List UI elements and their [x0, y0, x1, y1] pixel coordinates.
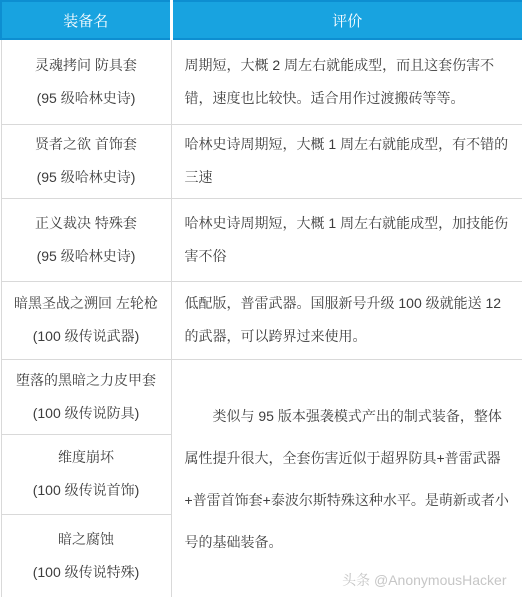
equipment-name-cell: 维度崩坏 (100 级传说首饰) — [1, 434, 171, 514]
table-row: 贤者之欲 首饰套 (95 级哈林史诗) 哈林史诗周期短，大概 1 周左右就能成型… — [1, 124, 522, 198]
table-row: 暗黑圣战之溯回 左轮枪 (100 级传说武器) 低配版，普雷武器。国服新号升级 … — [1, 281, 522, 359]
equipment-name: 灵魂拷问 防具套 — [2, 49, 171, 82]
review-text: 哈林史诗周期短，大概 1 周左右就能成型，有不错的三速 — [185, 128, 513, 194]
equipment-name-cell: 暗之腐蚀 (100 级传说特殊) — [1, 514, 171, 597]
merged-review-cell: 类似与 95 版本强袭模式产出的制式装备，整体属性提升很大，全套伤害近似于超界防… — [171, 359, 522, 597]
equipment-name-cell: 正义裁决 特殊套 (95 级哈林史诗) — [1, 198, 171, 281]
equipment-name: 正义裁决 特殊套 — [2, 207, 171, 240]
header-row: 装备名 评价 — [1, 1, 522, 39]
review-cell: 哈林史诗周期短，大概 1 周左右就能成型，有不错的三速 — [171, 124, 522, 198]
equipment-name: 维度崩坏 — [2, 441, 171, 474]
equipment-name-cell: 暗黑圣战之溯回 左轮枪 (100 级传说武器) — [1, 281, 171, 359]
header-cell-review: 评价 — [171, 1, 522, 39]
equipment-level: (100 级传说首饰) — [2, 474, 171, 507]
equipment-level: (100 级传说武器) — [2, 320, 171, 353]
review-text: 低配版，普雷武器。国服新号升级 100 级就能送 12 的武器，可以跨界过来使用… — [185, 287, 513, 353]
review-cell: 哈林史诗周期短，大概 1 周左右就能成型，加技能伤害不俗 — [171, 198, 522, 281]
equipment-name-cell: 堕落的黑暗之力皮甲套 (100 级传说防具) — [1, 359, 171, 434]
review-text: 周期短，大概 2 周左右就能成型，而且这套伤害不错，速度也比较快。适合用作过渡搬… — [185, 49, 513, 115]
article-table-page: 装备名 评价 灵魂拷问 防具套 (95 级哈林史诗) 周期短，大概 2 周左右就… — [0, 0, 522, 597]
equipment-name: 贤者之欲 首饰套 — [2, 128, 171, 161]
equipment-name: 暗黑圣战之溯回 左轮枪 — [2, 287, 171, 320]
review-text: 哈林史诗周期短，大概 1 周左右就能成型，加技能伤害不俗 — [185, 207, 513, 273]
equipment-level: (95 级哈林史诗) — [2, 161, 171, 194]
header-cell-equipment-name: 装备名 — [1, 1, 171, 39]
equipment-name: 堕落的黑暗之力皮甲套 — [2, 364, 171, 397]
table-row: 堕落的黑暗之力皮甲套 (100 级传说防具) 类似与 95 版本强袭模式产出的制… — [1, 359, 522, 434]
equipment-level: (95 级哈林史诗) — [2, 82, 171, 115]
equipment-name-cell: 灵魂拷问 防具套 (95 级哈林史诗) — [1, 39, 171, 124]
review-cell: 低配版，普雷武器。国服新号升级 100 级就能送 12 的武器，可以跨界过来使用… — [171, 281, 522, 359]
equipment-name: 暗之腐蚀 — [2, 523, 171, 556]
review-cell: 周期短，大概 2 周左右就能成型，而且这套伤害不错，速度也比较快。适合用作过渡搬… — [171, 39, 522, 124]
equipment-level: (100 级传说特殊) — [2, 556, 171, 589]
equipment-name-cell: 贤者之欲 首饰套 (95 级哈林史诗) — [1, 124, 171, 198]
equipment-level: (95 级哈林史诗) — [2, 240, 171, 273]
merged-review-text: 类似与 95 版本强袭模式产出的制式装备，整体属性提升很大，全套伤害近似于超界防… — [172, 395, 522, 563]
watermark-text: 头条 @AnonymousHacker — [342, 570, 506, 590]
equipment-level: (100 级传说防具) — [2, 397, 171, 430]
table-row: 灵魂拷问 防具套 (95 级哈林史诗) 周期短，大概 2 周左右就能成型，而且这… — [1, 39, 522, 124]
equipment-table: 装备名 评价 灵魂拷问 防具套 (95 级哈林史诗) 周期短，大概 2 周左右就… — [0, 0, 522, 597]
table-row: 正义裁决 特殊套 (95 级哈林史诗) 哈林史诗周期短，大概 1 周左右就能成型… — [1, 198, 522, 281]
